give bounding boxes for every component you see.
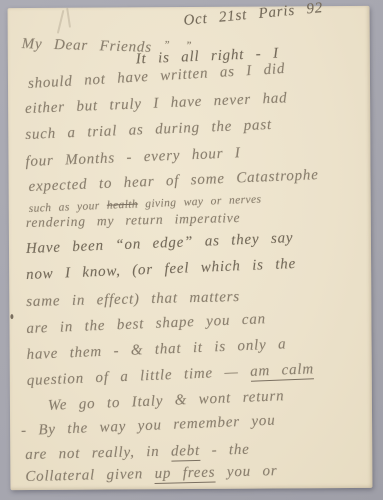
letter-line: four Months - every hour I [25,145,241,171]
underlined-phrase: am calm [250,361,315,382]
line-text: - the [200,442,250,459]
struck-word: health [107,199,139,212]
line-text: are not really, in [25,444,171,463]
letter-dateline: Oct 21st Paris 92 [183,0,324,30]
letter-line: either but truly I have never had [25,90,288,118]
letter-line: Have been “on edge” as they say [26,230,294,258]
letter-line: are not really, in debt - the [25,442,250,464]
letter-line: expected to hear of some Catastrophe [28,167,319,196]
letter-line: Collateral given up frees you or [25,463,277,486]
letter-line: now I know, (or feel which is the [26,256,297,284]
letter-line: such a trial as during the past [25,117,272,144]
line-text: giving way or nerves [138,193,262,210]
letter-line: question of a little time — am calm [26,361,314,390]
scan-background: Oct 21st Paris 92 My Dear Friends ” ” It… [0,0,383,500]
letter-line: - By the way you remember you [21,413,276,440]
line-text: you or [215,463,277,480]
underlined-phrase: up frees [154,465,215,484]
salutation-text: My Dear Friends [22,36,153,56]
underlined-phrase: debt [171,443,200,462]
edge-speck [10,314,13,319]
letter-line: same in effect) that matters [26,289,240,311]
letter-paper: Oct 21st Paris 92 My Dear Friends ” ” It… [8,6,373,490]
letter-line: We go to Italy & wont return [48,388,285,415]
letter-line: are in the best shape you can [26,311,266,338]
letter-line: have them - & that it is only a [26,336,286,364]
line-text: Collateral given [25,466,155,485]
pencil-smudge [66,8,71,28]
line-text: question of a little time — [26,364,250,389]
pencil-smudge [57,10,65,34]
